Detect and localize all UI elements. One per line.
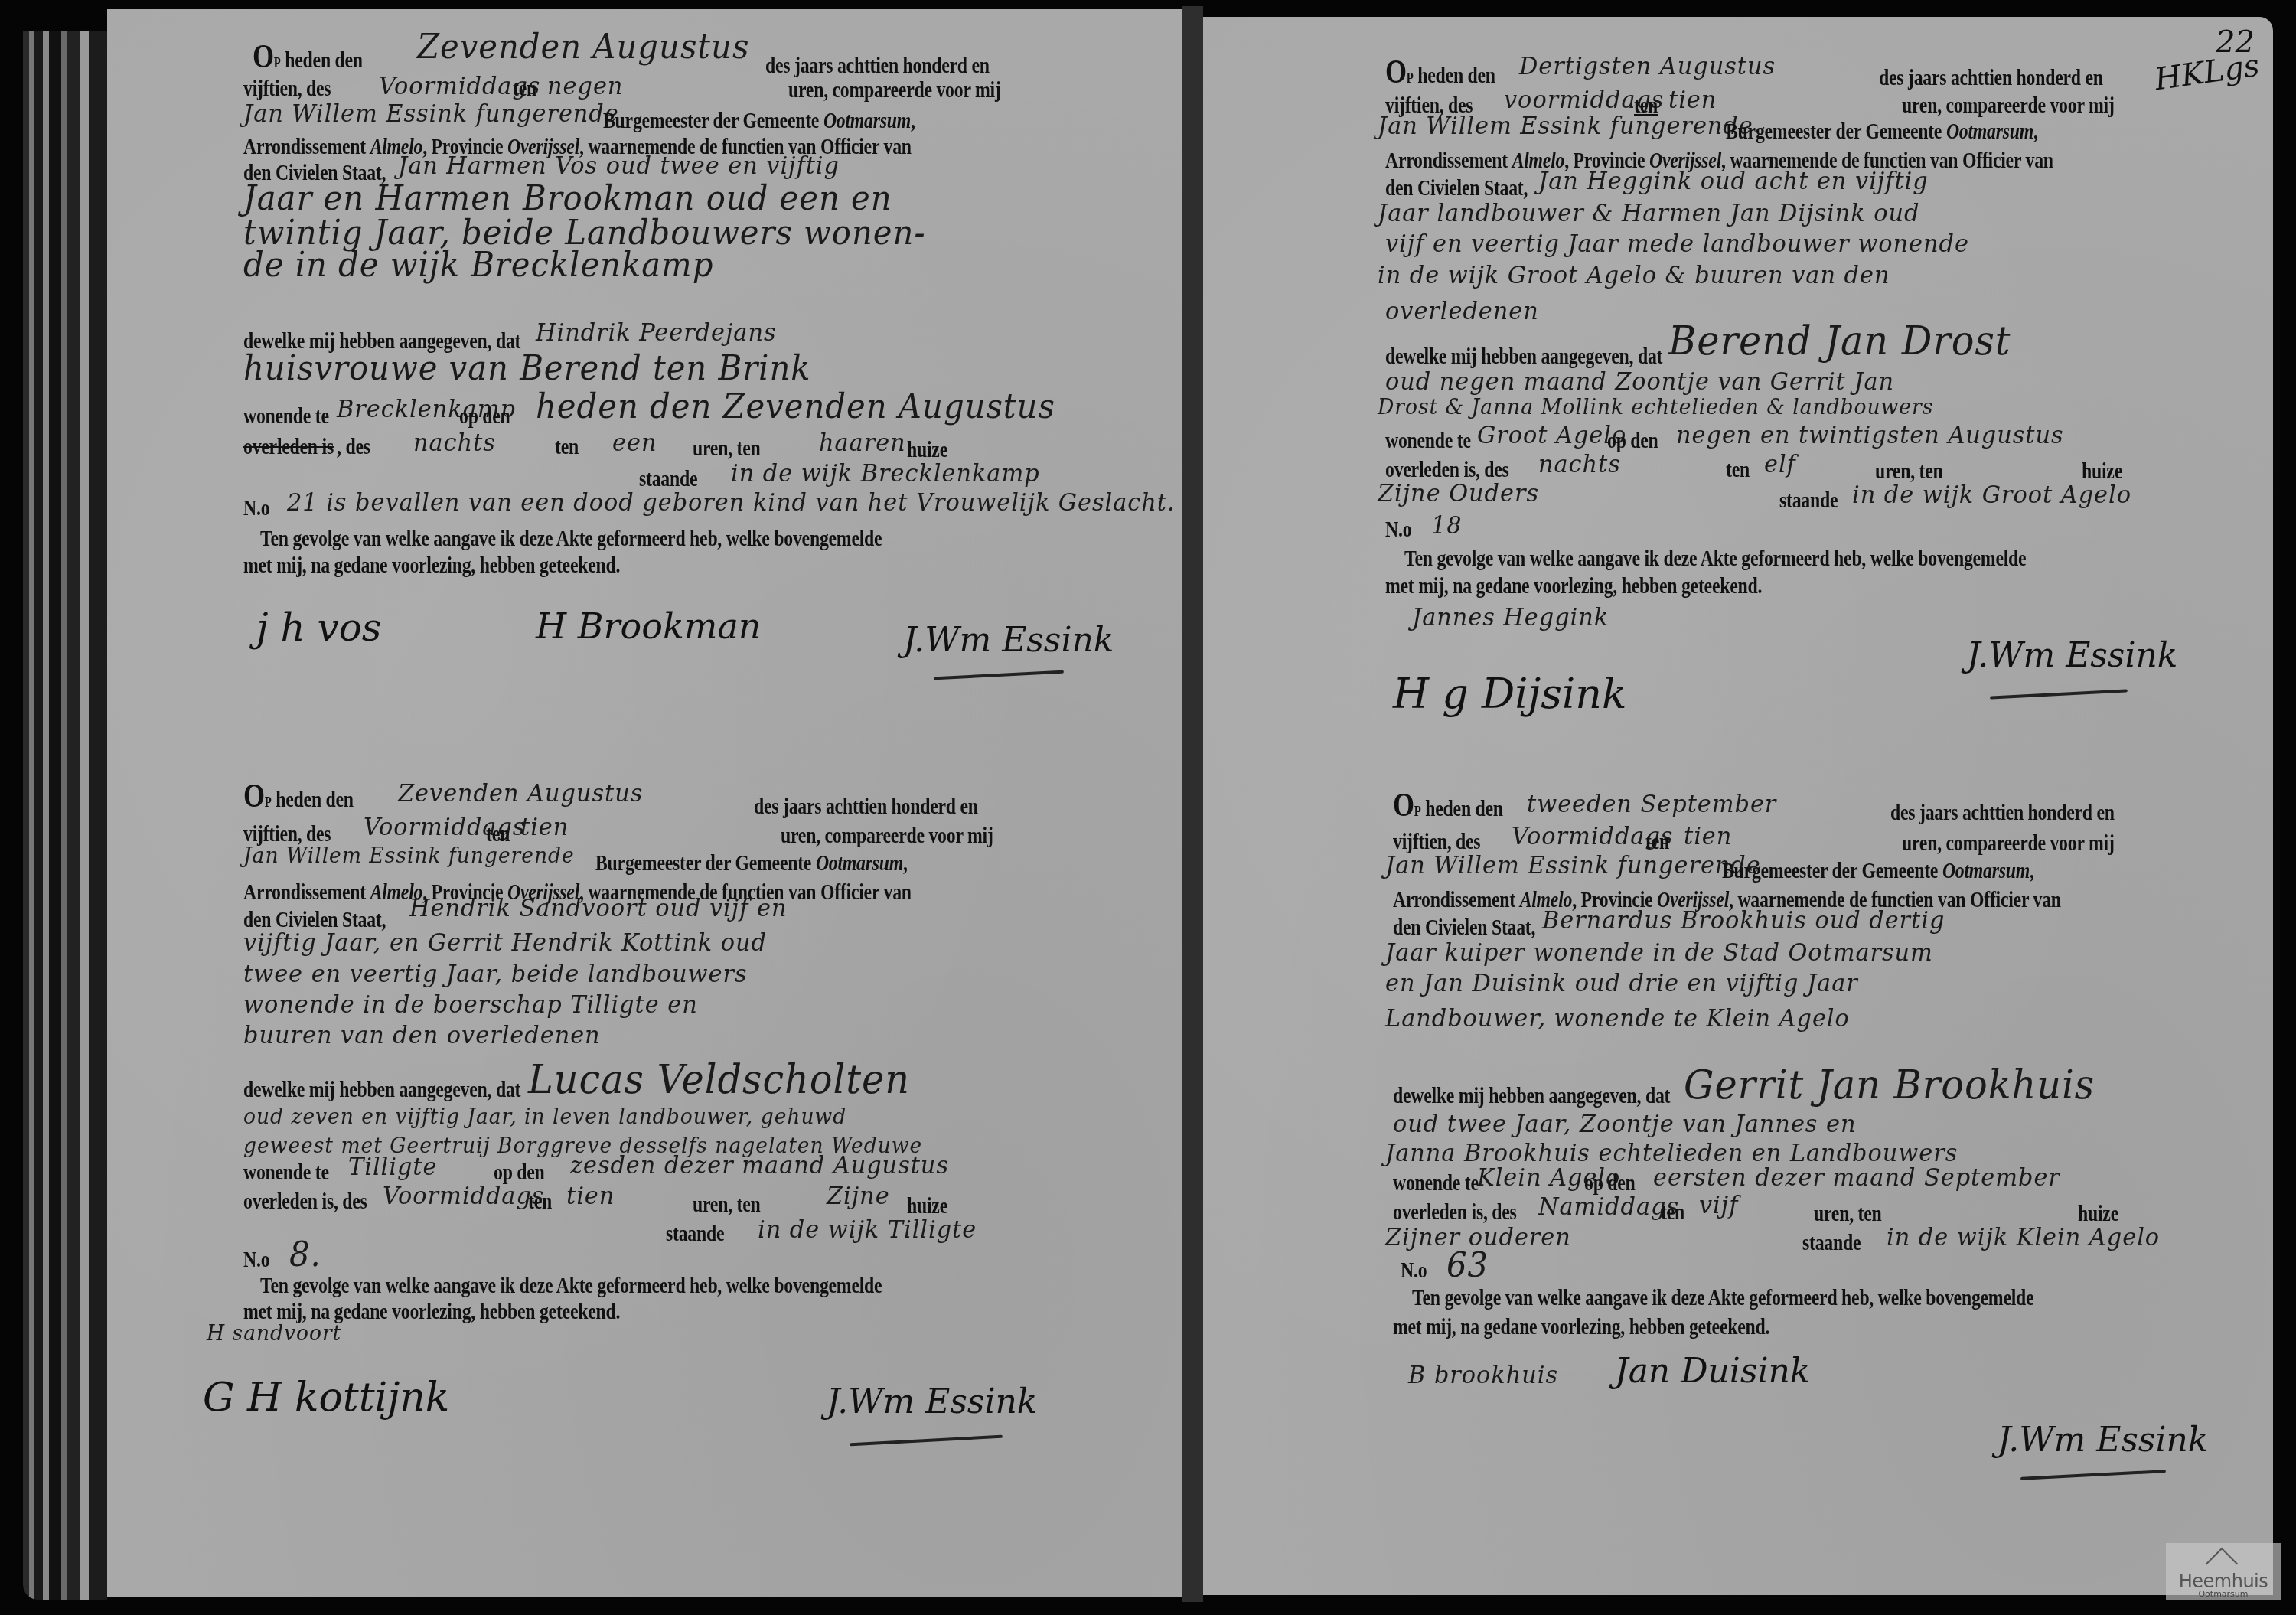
- printed-civielen: den Civielen Staat,: [1393, 917, 1535, 939]
- signature: Jan Duisink: [1615, 1355, 1811, 1388]
- date-written: Zevenden Augustus: [417, 31, 749, 64]
- signature-official: J.Wm Essink: [1967, 639, 2178, 673]
- printed-ten: ten: [513, 78, 536, 100]
- declarant-line: Jaar landbouwer & Harmen Jan Dijsink oud: [1378, 201, 1919, 225]
- signature: j h vos: [256, 608, 382, 647]
- printed-no: N.o: [243, 1249, 269, 1271]
- printed-wonende: wonende te: [1385, 430, 1471, 452]
- printed-staande: staande: [1779, 490, 1838, 512]
- printed-uren-ten: uren, ten: [1814, 1203, 1882, 1225]
- time-of-day: Namiddags: [1538, 1194, 1679, 1219]
- printed-burgemeester: Burgemeester der Gemeente Ootmarsum,: [595, 853, 908, 875]
- official-name: Jan Willem Essink fungerende: [1385, 853, 1761, 877]
- declarant-line: buuren van den overledenen: [243, 1023, 601, 1047]
- hour-of-death: een: [612, 430, 657, 455]
- time-of-day: nachts: [1538, 452, 1621, 476]
- declarant-line: Jaar kuiper wonende in de Stad Ootmarsum: [1385, 940, 1933, 964]
- printed-year: des jaars achttien honderd en: [765, 55, 990, 77]
- declarant-line: de in de wijk Brecklenkamp: [243, 249, 713, 282]
- declarant-line: Jaar en Harmen Brookman oud een en: [243, 182, 892, 216]
- declarant-line: wonende in de boerschap Tilligte en: [243, 992, 698, 1016]
- signature-official: J.Wm Essink: [827, 1385, 1038, 1419]
- signature: Jannes Heggink: [1412, 605, 1609, 629]
- deceased-name: Gerrit Jan Brookhuis: [1684, 1065, 2095, 1105]
- printed-uren: uren, compareerde voor mij: [1902, 833, 2115, 855]
- house-location: in de wijk Tilligte: [758, 1217, 977, 1241]
- printed-met-mij: met mij, na gedane voorlezing, hebben ge…: [243, 555, 620, 577]
- printed-civielen: den Civielen Staat,: [1385, 178, 1528, 200]
- record-number: 18: [1431, 513, 1463, 537]
- house-location: in de wijk Brecklenkamp: [731, 461, 1040, 485]
- printed-dewelke: dewelke mij hebben aangegeven, dat: [243, 1079, 520, 1101]
- date-written: Dertigsten Augustus: [1519, 54, 1776, 78]
- opening-line: OP heden den: [243, 779, 354, 813]
- signature-official: J.Wm Essink: [903, 624, 1114, 657]
- deceased-detail: oud twee Jaar, Zoontje van Jannes en: [1393, 1111, 1856, 1136]
- printed-uren-ten: uren, ten: [693, 1194, 761, 1216]
- page-stack-edge: [23, 31, 107, 1600]
- time-of-day: nachts: [413, 430, 496, 455]
- printed-op-den: op den: [459, 406, 510, 428]
- printed-ten: ten: [1726, 459, 1750, 481]
- death-date: eersten dezer maand September: [1653, 1165, 2060, 1189]
- signature: H g Dijsink: [1393, 674, 1627, 715]
- deceased-detail: oud negen maand Zoontje van Gerrit Jan: [1385, 369, 1894, 393]
- printed-burgemeester: Burgemeester der Gemeente Ootmarsum,: [1722, 860, 2034, 883]
- deceased-name: Lucas Veldscholten: [528, 1060, 910, 1100]
- printed-uren: uren, compareerde voor mij: [1902, 95, 2115, 117]
- hour-of-death: vijf: [1699, 1192, 1738, 1217]
- deceased-name: Hindrik Peerdejans: [536, 320, 776, 344]
- printed-uren-ten: uren, ten: [693, 438, 761, 460]
- declarant-line: Jan Heggink oud acht en vijftig: [1538, 168, 1929, 193]
- printed-vijftien: vijftien, des: [243, 78, 331, 100]
- deceased-name: Berend Jan Drost: [1668, 321, 2011, 361]
- residence: Tilligte: [348, 1154, 437, 1179]
- printed-ten: ten: [1661, 1202, 1684, 1224]
- printed-uren: uren, compareerde voor mij: [788, 80, 1001, 102]
- printed-burgemeester: Burgemeester der Gemeente Ootmarsum,: [1726, 121, 2038, 143]
- book-gutter: [1182, 6, 1203, 1602]
- time-of-day: Voormiddags: [383, 1183, 544, 1208]
- official-name: Jan Willem Essink fungerende: [1378, 113, 1753, 138]
- declarant-line: overledenen: [1385, 299, 1539, 323]
- printed-ten-gevolge: Ten gevolge van welke aangave ik deze Ak…: [1404, 548, 2026, 570]
- printed-overleden: overleden is, des: [1393, 1202, 1517, 1224]
- date-written: tweeden September: [1527, 791, 1776, 816]
- hour: tien: [1684, 824, 1732, 848]
- date-written: Zevenden Augustus: [398, 781, 643, 805]
- record-number-note: 21 is bevallen van een dood geboren kind…: [287, 490, 1176, 514]
- printed-no: N.o: [1401, 1260, 1427, 1282]
- signature: H Brookman: [536, 608, 761, 644]
- house: haaren: [819, 430, 906, 455]
- struck-text: overleden is: [243, 436, 334, 458]
- printed-ten-gevolge: Ten gevolge van welke aangave ik deze Ak…: [260, 528, 882, 550]
- hour: tien: [1668, 87, 1717, 112]
- printed-staande: staande: [666, 1223, 724, 1245]
- death-date: heden den Zevenden Augustus: [536, 390, 1055, 424]
- declarant-line: Landbouwer, wonende te Klein Agelo: [1385, 1006, 1850, 1030]
- official-name: Jan Willem Essink fungerende: [243, 101, 619, 126]
- printed-overleden: overleden is, des: [243, 1191, 367, 1213]
- printed-year: des jaars achttien honderd en: [1890, 802, 2115, 824]
- declarant-line: in de wijk Groot Agelo & buuren van den: [1378, 263, 1890, 287]
- printed-met-mij: met mij, na gedane voorlezing, hebben ge…: [1393, 1316, 1769, 1339]
- signature: B brookhuis: [1408, 1362, 1558, 1387]
- printed-met-mij: met mij, na gedane voorlezing, hebben ge…: [1385, 576, 1762, 598]
- declarant-line: Bernardus Brookhuis oud dertig: [1542, 908, 1945, 932]
- printed-staande: staande: [1802, 1232, 1861, 1254]
- heemhuis-watermark: Heemhuis Ootmarsum: [2166, 1543, 2281, 1600]
- house: Zijne Ouders: [1378, 481, 1539, 505]
- signature: G H kottijnk: [203, 1378, 449, 1418]
- printed-no: N.o: [243, 498, 269, 520]
- deceased-detail: Janna Brookhuis echtelieden en Landbouwe…: [1385, 1140, 1958, 1165]
- printed-wonende: wonende te: [243, 1162, 329, 1184]
- printed-no: N.o: [1385, 519, 1411, 541]
- deceased-detail: Drost & Janna Mollink echtelieden & land…: [1378, 396, 1933, 418]
- printed-ten: ten: [555, 436, 579, 458]
- house: Zijne: [827, 1183, 890, 1208]
- hour-of-death: tien: [566, 1183, 615, 1208]
- printed-ten: ten: [528, 1191, 552, 1213]
- deceased-detail: oud zeven en vijftig Jaar, in leven land…: [243, 1106, 846, 1127]
- hour: negen: [547, 73, 623, 98]
- declarant-line: Jan Harmen Vos oud twee en vijftig: [398, 153, 840, 178]
- house-location: in de wijk Klein Agelo: [1887, 1225, 2160, 1249]
- house-location: in de wijk Groot Agelo: [1852, 482, 2131, 507]
- hour-of-death: elf: [1764, 452, 1796, 476]
- declarant-line: Hendrik Sandvoort oud vijf en: [409, 896, 787, 920]
- printed-dewelke: dewelke mij hebben aangegeven, dat: [1393, 1085, 1670, 1108]
- opening-line: OP heden den: [1385, 55, 1495, 89]
- declarant-line: vijf en veertig Jaar mede landbouwer won…: [1385, 231, 1969, 256]
- opening-line: OP heden den: [253, 40, 363, 73]
- printed-wonende: wonende te: [1393, 1173, 1479, 1195]
- record-number: 63: [1446, 1249, 1489, 1283]
- printed-burgemeester: Burgemeester der Gemeente Ootmarsum,: [603, 110, 915, 132]
- printed-des: , des: [337, 436, 370, 458]
- declarant-line: en Jan Duisink oud drie en vijftig Jaar: [1385, 971, 1858, 995]
- printed-dewelke: dewelke mij hebben aangegeven, dat: [1385, 346, 1662, 368]
- opening-line: OP heden den: [1393, 788, 1503, 822]
- printed-year: des jaars achttien honderd en: [754, 796, 978, 818]
- printed-uren: uren, compareerde voor mij: [781, 825, 993, 847]
- declarant-line: vijftig Jaar, en Gerrit Hendrik Kottink …: [243, 930, 767, 954]
- residence: Groot Agelo: [1477, 423, 1626, 447]
- printed-wonende: wonende te: [243, 406, 329, 428]
- printed-year: des jaars achttien honderd en: [1879, 67, 2103, 90]
- death-date: zesden dezer maand Augustus: [570, 1153, 949, 1177]
- hour: tien: [520, 814, 569, 839]
- signature-official: J.Wm Essink: [1998, 1424, 2209, 1457]
- official-name: Jan Willem Essink fungerende: [243, 845, 575, 866]
- record-number: 8.: [289, 1238, 321, 1272]
- watermark-sub: Ootmarsum: [2166, 1589, 2281, 1599]
- declarant-line: twee en veertig Jaar, beide landbouwers: [243, 961, 748, 986]
- deceased-detail: huisvrouwe van Berend ten Brink: [243, 352, 811, 386]
- printed-ten-gevolge: Ten gevolge van welke aangave ik deze Ak…: [1412, 1287, 2033, 1310]
- death-date: negen en twintigsten Augustus: [1676, 423, 2064, 447]
- printed-ten-gevolge: Ten gevolge van welke aangave ik deze Ak…: [260, 1275, 882, 1297]
- signature: H sandvoort: [207, 1323, 341, 1344]
